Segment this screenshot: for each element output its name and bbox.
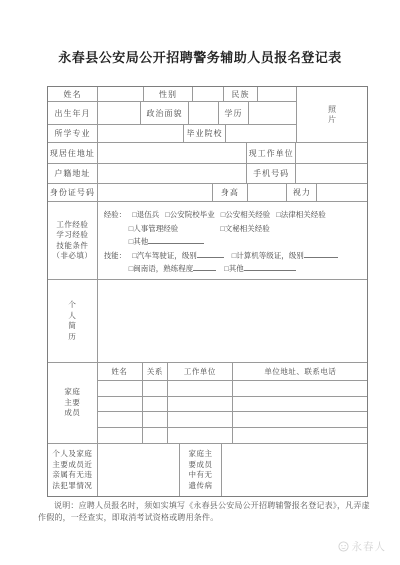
experience-side-line1: 工作经验: [56, 220, 88, 231]
row-id-height-vision: 身份证号码 身高 视力: [48, 184, 367, 202]
hereditary-line3: 中有无: [189, 470, 213, 481]
family-header-row: 姓名 关系 工作单位 单位地址、联系电话: [98, 363, 367, 381]
top-left-rows: 姓名 性别 民族 出生年月 政治面貌 学历 所学专业: [48, 87, 296, 142]
name-label: 姓名: [48, 87, 98, 101]
resume-side-label: 个 人 简 历: [48, 280, 98, 362]
photo-label-line1: 照: [328, 105, 336, 115]
household-input-cell: [98, 164, 247, 183]
hereditary-line2: 要成员: [189, 460, 213, 471]
computer-level-fill-line: [304, 251, 338, 258]
criminal-record-line1: 个人及家庭: [52, 449, 92, 460]
family-cell: [98, 381, 143, 396]
residence-input-cell: [98, 143, 247, 163]
form-note: 说明：应聘人员报名时，须如实填写《永春县公安局公开招聘辅警报名登记表》，凡弄虚作…: [38, 500, 372, 523]
family-side-line3: 成员: [64, 408, 80, 419]
criminal-record-input-cell: [98, 444, 180, 496]
dialect-level-fill-line: [193, 264, 216, 271]
family-cell: [233, 428, 367, 444]
family-side-label: 家庭 主要 成员: [48, 363, 98, 443]
college-label: 毕业院校: [184, 125, 226, 142]
row-birth-political-education: 出生年月 政治面貌 学历: [48, 102, 296, 125]
height-input-cell: [248, 184, 288, 201]
row-residence-workunit: 现居住地址 现工作单位: [48, 143, 367, 164]
ethnicity-label: 民族: [224, 87, 258, 101]
major-input-cell: [98, 125, 184, 142]
family-row-4: [98, 428, 367, 444]
idnum-label: 身份证号码: [48, 184, 98, 201]
education-label: 学历: [219, 102, 249, 124]
experience-line2: □人事管理经验□文秘相关经验: [129, 222, 362, 236]
registration-form-table: 姓名 性别 民族 出生年月 政治面貌 学历 所学专业: [47, 86, 368, 497]
birth-input-cell: [98, 102, 141, 124]
exp-other-fill-line: [148, 237, 204, 244]
resume-section: 个 人 简 历: [48, 280, 367, 363]
watermark: 永春人: [338, 539, 387, 554]
family-cell: [143, 412, 168, 427]
criminal-record-line4: 法犯罪情况: [52, 481, 92, 492]
vision-input-cell: [317, 184, 367, 201]
checkbox-skill-other: □其他: [224, 264, 244, 273]
political-input-cell: [189, 102, 219, 124]
ethnicity-input-cell: [258, 87, 296, 101]
gender-label: 性别: [144, 87, 193, 101]
experience-line1: 经验：□退伍兵□公安院校毕业□公安相关经验□法律相关经验: [104, 208, 362, 222]
political-label: 政治面貌: [141, 102, 189, 124]
criminal-record-label: 个人及家庭 主要成员近 亲属有无违 法犯罪情况: [48, 444, 98, 496]
skill-line2: □闽南语，熟练程度□其他: [129, 262, 362, 276]
experience-content: 经验：□退伍兵□公安院校毕业□公安相关经验□法律相关经验 □人事管理经验□文秘相…: [98, 202, 367, 279]
experience-side-line4: （非必填）: [52, 251, 92, 262]
resume-char4: 历: [68, 332, 76, 343]
education-input-cell: [249, 102, 296, 124]
household-label: 户籍地址: [48, 164, 98, 183]
family-row-1: [98, 381, 367, 397]
checkbox-law-experience: □法律相关经验: [276, 210, 326, 219]
family-table: 姓名 关系 工作单位 单位地址、联系电话: [98, 363, 367, 443]
family-cell: [143, 397, 168, 412]
major-label: 所学专业: [48, 125, 98, 142]
experience-line3: □其他: [129, 235, 362, 249]
family-cell: [98, 397, 143, 412]
resume-char2: 人: [68, 311, 76, 322]
family-header-relation: 关系: [143, 363, 168, 380]
skill-other-fill-line: [244, 264, 296, 271]
resume-char1: 个: [68, 300, 76, 311]
skill-group-label: 技能：: [104, 251, 127, 260]
hereditary-disease-label: 家庭主 要成员 中有无 遗传病: [180, 444, 222, 496]
residence-label: 现居住地址: [48, 143, 98, 163]
row-major-college: 所学专业 毕业院校: [48, 125, 296, 142]
checkbox-computer-cert: □计算机等级证，级别: [232, 251, 304, 260]
vision-label: 视力: [287, 184, 317, 201]
idnum-input-cell: [98, 184, 213, 201]
experience-section: 工作经验 学习经验 技能条件 （非必填） 经验：□退伍兵□公安院校毕业□公安相关…: [48, 202, 367, 280]
watermark-text: 永春人: [352, 539, 387, 554]
family-cell: [233, 397, 367, 412]
hereditary-line1: 家庭主: [189, 449, 213, 460]
family-cell: [98, 412, 143, 427]
photo-cell: 照 片: [296, 87, 367, 142]
row-name-gender-ethnicity: 姓名 性别 民族: [48, 87, 296, 102]
workunit-input-cell: [296, 143, 367, 163]
mobile-input-cell: [296, 164, 367, 183]
page-title: 永春县公安局公开招聘警务辅助人员报名登记表: [0, 47, 400, 66]
family-section: 家庭 主要 成员 姓名 关系 工作单位 单位地址、联系电话: [48, 363, 367, 444]
family-cell: [168, 381, 233, 396]
family-header-name: 姓名: [98, 363, 143, 380]
checkbox-driver-license: □汽车驾驶证，级别: [132, 251, 197, 260]
height-label: 身高: [213, 184, 248, 201]
skill-line1: 技能：□汽车驾驶证，级别□计算机等级证，级别: [104, 249, 362, 263]
checkbox-hr-experience: □人事管理经验: [129, 224, 179, 233]
checkbox-veteran: □退伍兵: [132, 210, 159, 219]
experience-side-line3: 技能条件: [56, 241, 88, 252]
family-cell: [168, 428, 233, 444]
hereditary-line4: 遗传病: [189, 481, 213, 492]
mobile-label: 手机号码: [247, 164, 297, 183]
family-row-2: [98, 397, 367, 413]
checkbox-police-experience: □公安相关经验: [221, 210, 271, 219]
family-cell: [98, 428, 143, 444]
family-header-workunit: 工作单位: [168, 363, 233, 380]
family-cell: [233, 381, 367, 396]
hereditary-disease-input-cell: [222, 444, 367, 496]
birth-label: 出生年月: [48, 102, 98, 124]
checkbox-police-academy: □公安院校毕业: [165, 210, 215, 219]
family-cell: [143, 381, 168, 396]
family-header-address: 单位地址、联系电话: [233, 363, 367, 380]
yongchun-logo-icon: [338, 541, 349, 552]
form-document-page: 永春县公安局公开招聘警务辅助人员报名登记表 姓名 性别 民族 出生年月 政治面貌: [0, 0, 400, 565]
checkbox-exp-other: □其他: [129, 237, 149, 246]
family-side-line2: 主要: [64, 398, 80, 409]
name-input-cell: [98, 87, 144, 101]
family-cell: [168, 397, 233, 412]
driver-level-fill-line: [197, 251, 224, 258]
resume-char3: 简: [68, 321, 76, 332]
family-side-line1: 家庭: [64, 387, 80, 398]
family-cell: [233, 412, 367, 427]
top-block: 姓名 性别 民族 出生年月 政治面貌 学历 所学专业: [48, 87, 367, 143]
family-cell: [168, 412, 233, 427]
family-row-3: [98, 412, 367, 428]
gender-input-cell: [193, 87, 224, 101]
experience-side-label: 工作经验 学习经验 技能条件 （非必填）: [48, 202, 98, 279]
exp-group-label: 经验：: [104, 210, 127, 219]
criminal-record-line2: 主要成员近: [52, 460, 92, 471]
checkbox-minnan-dialect: □闽南语，熟练程度: [129, 264, 194, 273]
criminal-record-line3: 亲属有无违: [52, 470, 92, 481]
checkbox-secretary-experience: □文秘相关经验: [220, 224, 270, 233]
family-cell: [143, 428, 168, 444]
experience-side-line2: 学习经验: [56, 230, 88, 241]
college-input-cell: [226, 125, 296, 142]
workunit-label: 现工作单位: [247, 143, 297, 163]
row-household-mobile: 户籍地址 手机号码: [48, 164, 367, 184]
resume-input-cell: [98, 280, 367, 362]
photo-label-line2: 片: [328, 115, 336, 125]
record-section: 个人及家庭 主要成员近 亲属有无违 法犯罪情况 家庭主 要成员 中有无 遗传病: [48, 444, 367, 496]
